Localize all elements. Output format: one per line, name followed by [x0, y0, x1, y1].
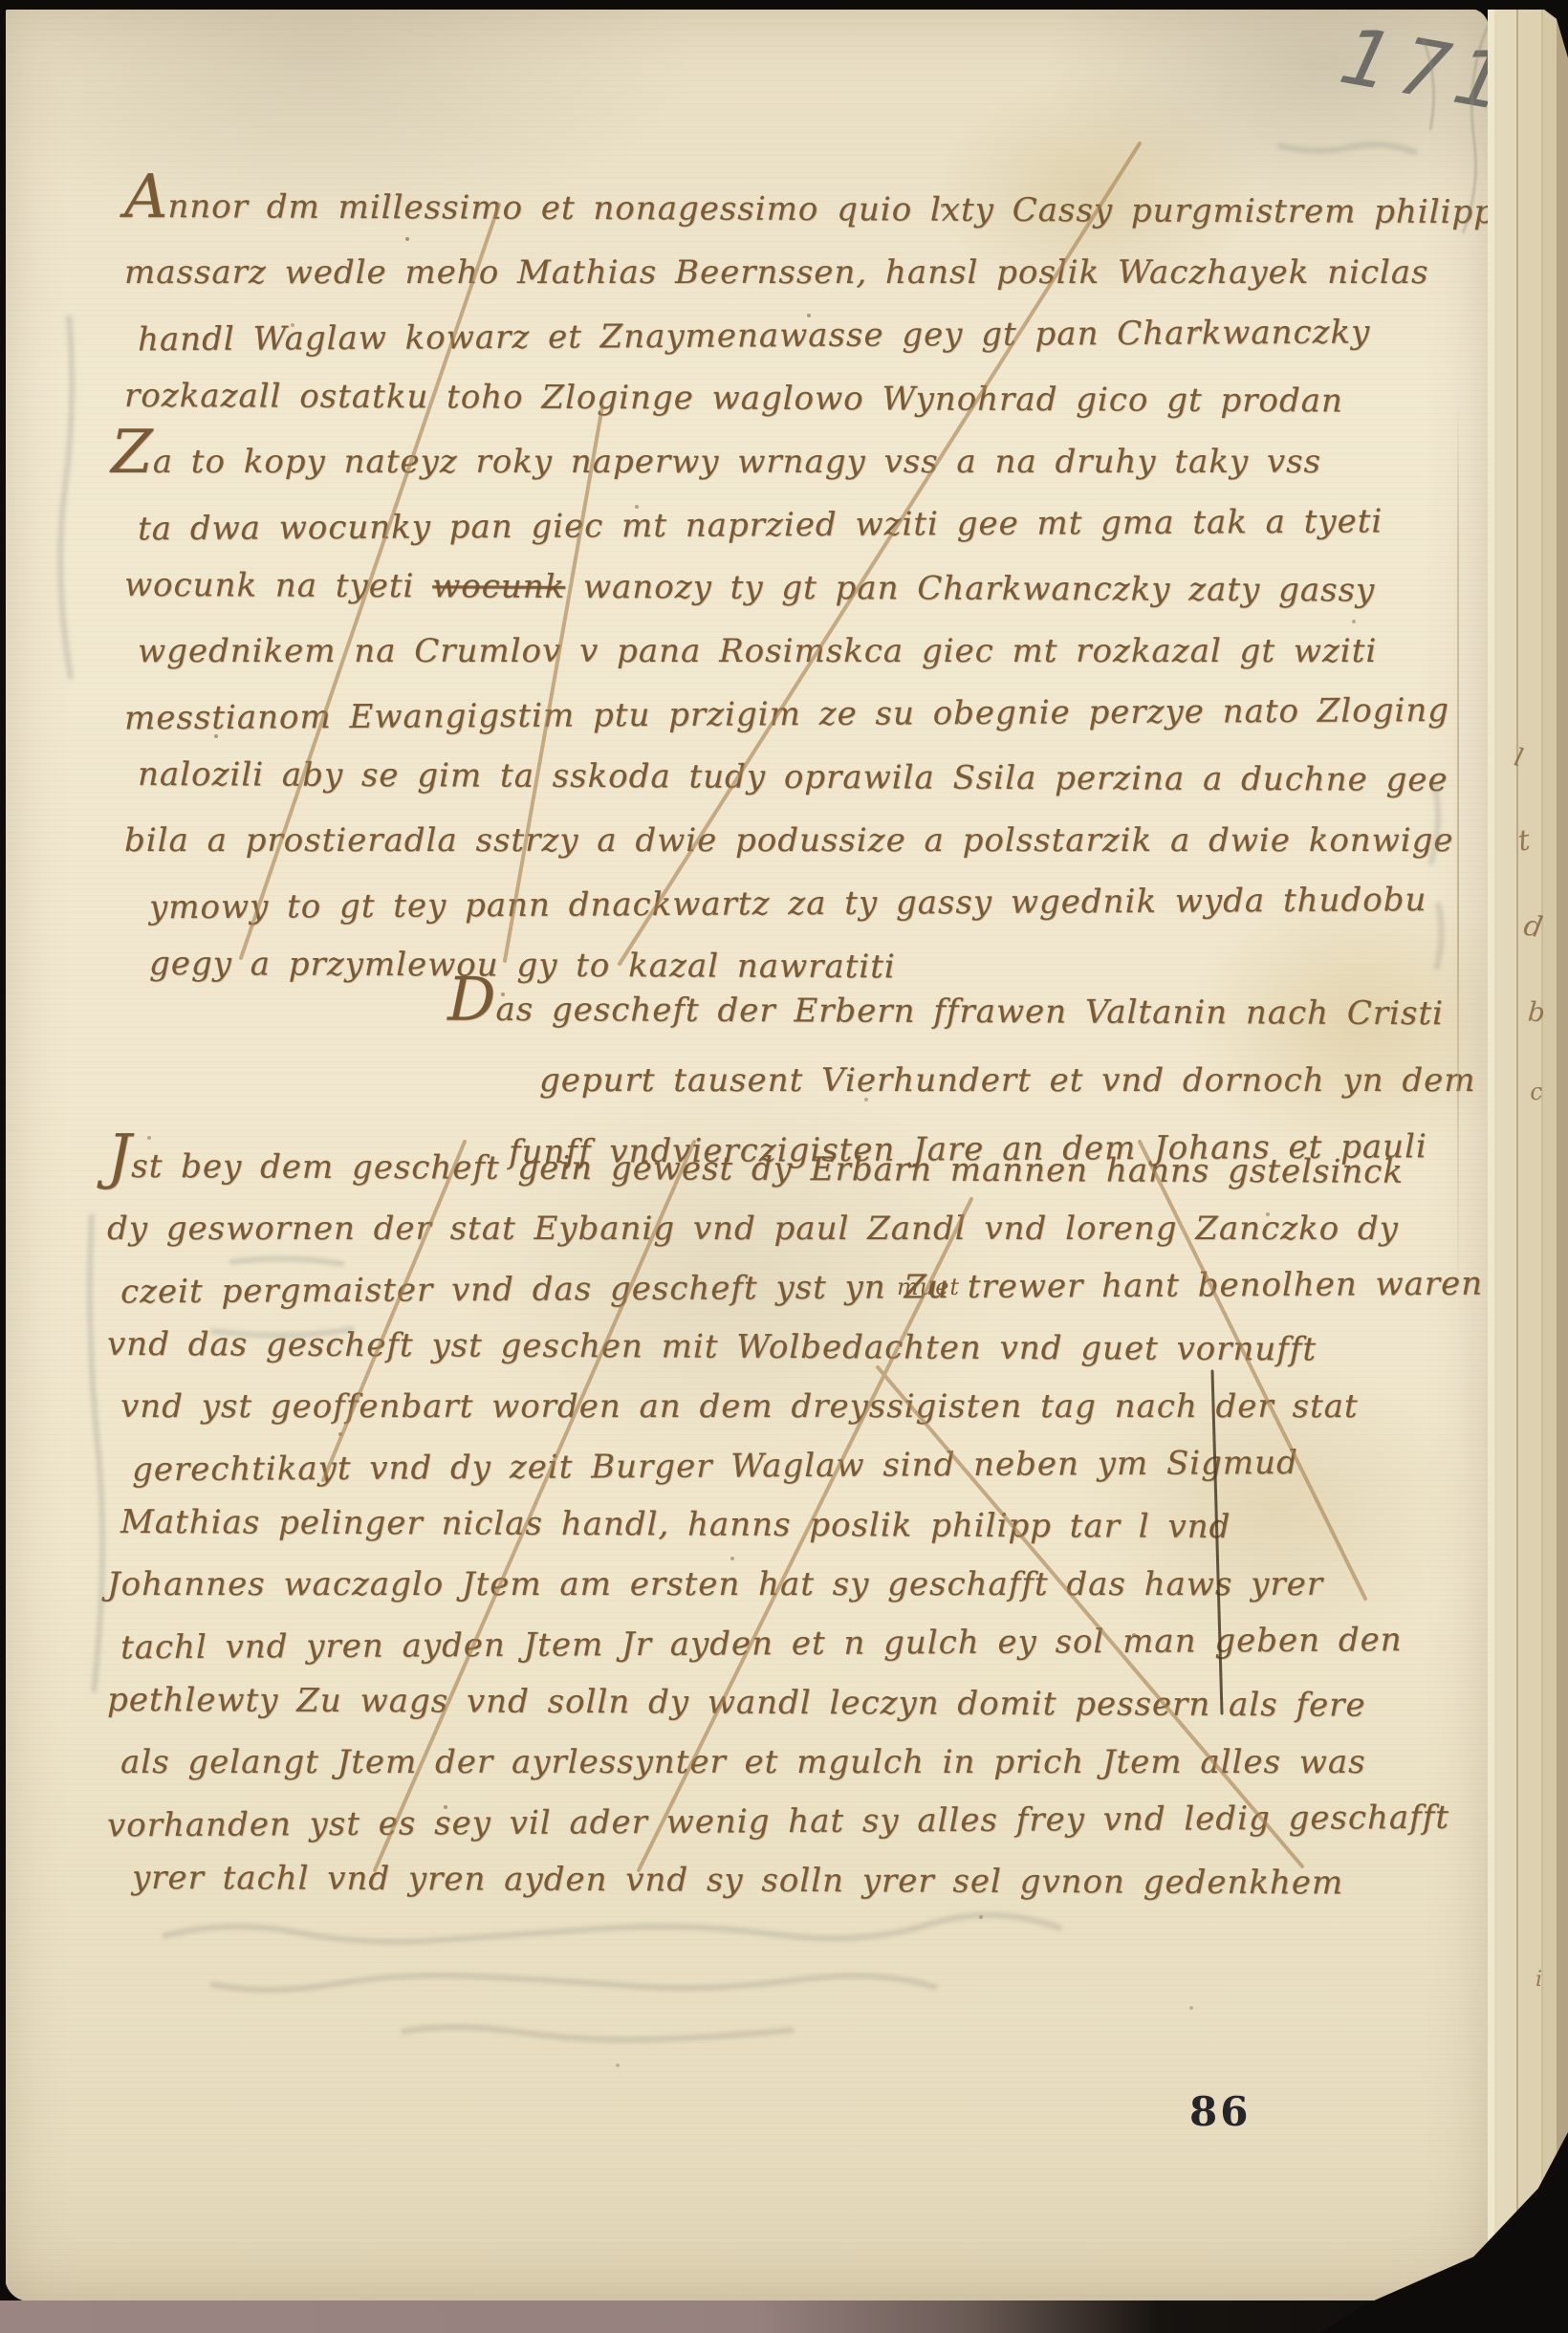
text-segment: wocunk na tyeti	[124, 566, 432, 605]
text-line: dy geswornen der stat Eybanig vnd paul Z…	[107, 1199, 1483, 1258]
photo-edge-top	[0, 0, 1568, 10]
text-segment: wanozy ty gt pan Charkwanczky zaty gassy	[565, 568, 1375, 610]
paragraph-czech-latin: Annor dm millessimo et nonagessimo quio …	[124, 178, 1495, 998]
text-line: nalozili aby se gim ta sskoda tudy opraw…	[138, 743, 1495, 812]
text-line: bila a prostieradla sstrzy a dwie poduss…	[124, 809, 1495, 872]
text-line: yrer tachl vnd yren ayden vnd sy solln y…	[132, 1848, 1483, 1913]
page-number-stamp: 86	[1189, 2088, 1251, 2135]
manuscript-photo: Annor dm millessimo et nonagessimo quio …	[0, 0, 1568, 2333]
paper-crease	[1457, 402, 1459, 1300]
text-line: als gelangt Jtem der ayrlessynter et mgu…	[120, 1733, 1483, 1792]
text-line: tachl vnd yren ayden Jtem Jr ayden et n …	[120, 1610, 1484, 1678]
text-line: rozkazall ostatku toho Zloginge waglowo …	[124, 364, 1495, 433]
text-line: Annor dm millessimo et nonagessimo quio …	[124, 175, 1495, 244]
text-line: pethlewty Zu wags vnd solln dy wandl lec…	[107, 1670, 1483, 1735]
text-line: vorhanden yst es sey vil ader wenig hat …	[107, 1788, 1484, 1856]
text-line: ymowy to gt tey pann dnackwartz za ty ga…	[149, 868, 1495, 940]
text-line: messtianom Ewangigstim ptu przigim ze su…	[124, 679, 1495, 751]
text-line: Za to kopy nateyz roky naperwy wrnagy vs…	[111, 430, 1495, 493]
text-line: handl Waglaw kowarz et Znaymenawasse gey…	[138, 300, 1495, 372]
text-line: Johannes waczaglo Jtem am ersten hat sy …	[107, 1555, 1483, 1614]
struck-word: wocunk	[432, 567, 565, 606]
text-line: czeit pergmaister vnd das gescheft yst y…	[120, 1254, 1484, 1322]
heading-line: gepurt tausent Vierhundert et vnd dornoc…	[539, 1046, 1475, 1115]
text-line: ta dwa wocunky pan giec mt naprzied wzit…	[138, 490, 1495, 561]
paragraph-german: Jst bey dem gescheft gein gewest dy Erba…	[107, 1140, 1483, 1910]
text-line: Mathias pelinger niclas handl, hanns pos…	[120, 1493, 1483, 1558]
text-line: vnd das gescheft yst geschen mit Wolbeda…	[107, 1315, 1483, 1380]
fore-edge-ink-mark: c	[1529, 1078, 1544, 1105]
heading-line: Das gescheft der Erbern ffrawen Valtanin…	[447, 975, 1476, 1049]
text-line: vnd yst geoffenbart worden an dem dreyss…	[120, 1377, 1483, 1436]
fore-edge-ink-mark: i	[1535, 1968, 1542, 1992]
fore-edge-ink-mark: b	[1527, 995, 1546, 1028]
text-line-with-strikethrough: wocunk na tyeti wocunk wanozy ty gt pan …	[124, 554, 1495, 622]
text-line: massarz wedle meho Mathias Beernssen, ha…	[124, 241, 1495, 304]
text-line: gerechtikayt vnd dy zeit Burger Waglaw s…	[132, 1432, 1484, 1500]
interlinear-addition: muet	[897, 1274, 960, 1300]
text-line: wgednikem na Crumlov v pana Rosimskca gi…	[138, 620, 1495, 683]
photo-edge-left	[0, 0, 6, 2333]
text-line: Jst bey dem gescheft gein gewest dy Erba…	[107, 1137, 1483, 1202]
book-fore-edge	[1488, 6, 1568, 2320]
